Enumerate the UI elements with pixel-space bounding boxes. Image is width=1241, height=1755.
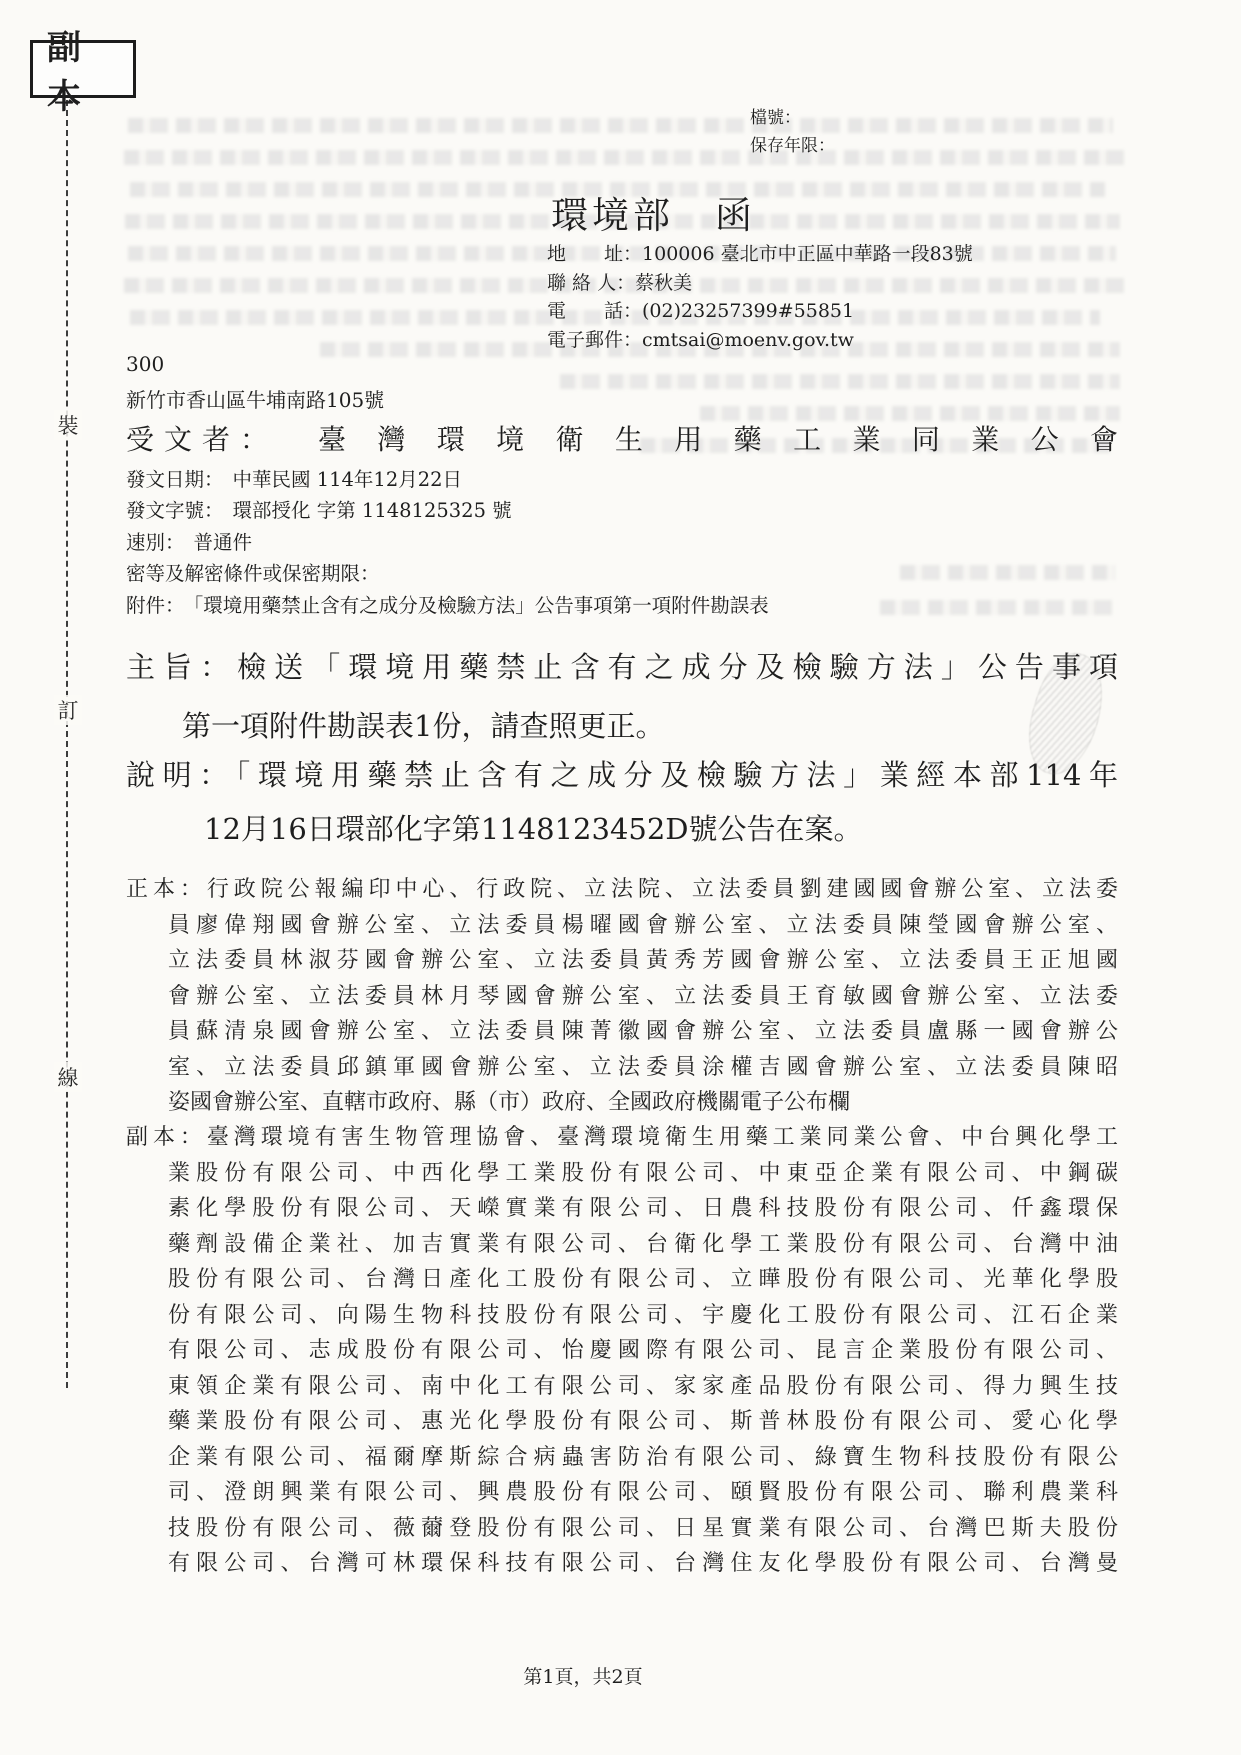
issue-date-label: 發文日期：	[126, 468, 224, 491]
phone-row: 電 話：(02)23257399#55851	[547, 297, 973, 326]
issue-date-value: 中華民國 114年12月22日	[233, 468, 463, 491]
carbon-copy-line: 藥劑設備企業社、加吉實業有限公司、台衛化學工業股份有限公司、台灣中油	[168, 1227, 1118, 1263]
original-copy-line: 正本：行政院公報編印中心、行政院、立法院、立法委員劉建國國會辦公室、立法委	[126, 872, 1118, 908]
email-value: cmtsai@moenv.gov.tw	[642, 329, 854, 351]
recipient-label: 受文者：	[126, 423, 318, 457]
bleed-through-row	[128, 118, 1113, 133]
carbon-copy-line: 司、澄朗興業有限公司、興農股份有限公司、頤賢股份有限公司、聯利農業科	[168, 1475, 1118, 1511]
subject-block: 主旨：檢送「環境用藥禁止含有之成分及檢驗方法」公告事項 第一項附件勘誤表1份，請…	[126, 648, 1118, 745]
carbon-copy-line: 東領企業有限公司、南中化工有限公司、家家產品股份有限公司、得力興生技	[168, 1369, 1118, 1405]
file-number-label: 檔號：	[750, 104, 835, 132]
document-title: 環境部 函	[551, 185, 756, 239]
recipient-address: 新竹市香山區牛埔南路105號	[126, 384, 384, 413]
sender-contact-block: 地 址：100006 臺北市中正區中華路一段83號 聯 絡 人：蔡秋美 電 話：…	[547, 240, 973, 354]
original-copy-line: 員廖偉翔國會辦公室、立法委員楊曜國會辦公室、立法委員陳瑩國會辦公室、	[168, 908, 1118, 944]
original-copy-text: 行政院公報編印中心、行政院、立法院、立法委員劉建國國會辦公室、立法委	[207, 877, 1118, 902]
bleed-through-row	[900, 565, 1115, 580]
attachment-label: 附件：	[126, 594, 185, 617]
carbon-copy-line: 有限公司、志成股份有限公司、怡慶國際有限公司、昆言企業股份有限公司、	[168, 1333, 1118, 1369]
security-label: 密等及解密條件或保密期限：	[126, 562, 380, 585]
carbon-copy-line: 有限公司、台灣可林環保科技有限公司、台灣住友化學股份有限公司、台灣曼	[168, 1546, 1118, 1582]
attachment-row: 附件：「環境用藥禁止含有之成分及檢驗方法」公告事項第一項附件勘誤表	[126, 590, 769, 621]
bleed-through-row	[700, 406, 1120, 421]
binding-mark-ding: 訂	[54, 695, 82, 725]
phone-value: (02)23257399#55851	[642, 300, 854, 322]
carbon-copy-line: 素化學股份有限公司、天嶸實業有限公司、日農科技股份有限公司、仟鑫環保	[168, 1191, 1118, 1227]
email-label: 電子郵件：	[547, 329, 642, 351]
doc-number-label: 發文字號：	[126, 499, 224, 522]
original-copy-line: 員蘇清泉國會辦公室、立法委員陳菁徽國會辦公室、立法委員盧縣一國會辦公	[168, 1014, 1118, 1050]
carbon-copy-text: 臺灣環境有害生物管理協會、臺灣環境衛生用藥工業同業公會、中台興化學工	[207, 1125, 1118, 1150]
contact-person-label: 聯 絡 人：	[547, 272, 635, 294]
original-copy-line: 姿國會辦公室、直轄市政府、縣（市）政府、全國政府機關電子公布欄	[168, 1085, 1118, 1121]
priority-label: 速別：	[126, 531, 185, 554]
subject-line-1: 主旨：檢送「環境用藥禁止含有之成分及檢驗方法」公告事項	[126, 648, 1118, 686]
priority-row: 速別：普通件	[126, 527, 769, 558]
binding-mark-zhuang: 裝	[54, 410, 82, 440]
carbon-copy-line: 藥業股份有限公司、惠光化學股份有限公司、斯普林股份有限公司、愛心化學	[168, 1404, 1118, 1440]
bleed-through-row	[560, 374, 1120, 389]
meta-block: 發文日期：中華民國 114年12月22日 發文字號：環部授化 字第 114812…	[126, 464, 769, 621]
attachment-value: 「環境用藥禁止含有之成分及檢驗方法」公告事項第一項附件勘誤表	[194, 594, 769, 617]
description-block: 說明：「環境用藥禁止含有之成分及檢驗方法」業經本部114年 12月16日環部化字…	[126, 756, 1118, 848]
recipient-name: 臺灣環境衛生用藥工業同業公會	[318, 423, 1118, 457]
original-copy-line: 室、立法委員邱鎮軍國會辦公室、立法委員涂權吉國會辦公室、立法委員陳昭	[168, 1050, 1118, 1086]
recipient-zip: 300	[126, 352, 164, 376]
address-row: 地 址：100006 臺北市中正區中華路一段83號	[547, 240, 973, 269]
address-label: 地 址：	[547, 243, 642, 265]
bleed-through-row	[124, 150, 1124, 165]
subject-text: 檢送「環境用藥禁止含有之成分及檢驗方法」公告事項	[237, 650, 1118, 684]
carbon-copy-line: 股份有限公司、台灣日產化工股份有限公司、立曄股份有限公司、光華化學股	[168, 1262, 1118, 1298]
description-text: 「環境用藥禁止含有之成分及檢驗方法」業經本部114年	[236, 758, 1118, 792]
carbon-copy-line: 企業有限公司、福爾摩斯綜合病蟲害防治有限公司、綠寶生物科技股份有限公	[168, 1440, 1118, 1476]
description-line-1: 說明：「環境用藥禁止含有之成分及檢驗方法」業經本部114年	[126, 756, 1118, 794]
description-line-2: 12月16日環部化字第1148123452D號公告在案。	[126, 810, 1118, 848]
subject-label: 主旨：	[126, 650, 237, 684]
recipient-row: 受文者： 臺灣環境衛生用藥工業同業公會	[126, 423, 1118, 457]
contact-person-value: 蔡秋美	[635, 272, 692, 294]
carbon-copy-list: 副本：臺灣環境有害生物管理協會、臺灣環境衛生用藥工業同業公會、中台興化學工 業股…	[126, 1120, 1118, 1582]
subject-line-2: 第一項附件勘誤表1份，請查照更正。	[126, 707, 1118, 745]
page-number: 第1頁，共2頁	[0, 1662, 1166, 1689]
address-value: 100006 臺北市中正區中華路一段83號	[642, 243, 973, 265]
original-copy-line: 會辦公室、立法委員林月琴國會辦公室、立法委員王育敏國會辦公室、立法委	[168, 979, 1118, 1015]
issue-date-row: 發文日期：中華民國 114年12月22日	[126, 464, 769, 495]
copy-stamp: 副本	[30, 40, 136, 98]
contact-person-row: 聯 絡 人：蔡秋美	[547, 269, 973, 298]
original-copy-label: 正本：	[126, 877, 207, 902]
bleed-through-row	[880, 600, 1115, 615]
description-label: 說明：	[126, 758, 236, 792]
archive-block: 檔號： 保存年限：	[750, 104, 835, 160]
retention-label: 保存年限：	[750, 132, 835, 160]
binding-mark-xian: 線	[54, 1062, 82, 1092]
carbon-copy-line: 份有限公司、向陽生物科技股份有限公司、宇慶化工股份有限公司、江石企業	[168, 1298, 1118, 1334]
binding-dashed-line	[66, 100, 68, 1388]
priority-value: 普通件	[194, 531, 253, 554]
email-row: 電子郵件：cmtsai@moenv.gov.tw	[547, 326, 973, 355]
original-copy-list: 正本：行政院公報編印中心、行政院、立法院、立法委員劉建國國會辦公室、立法委 員廖…	[126, 872, 1118, 1121]
carbon-copy-label: 副本：	[126, 1125, 207, 1150]
carbon-copy-line: 技股份有限公司、薇薾登股份有限公司、日星實業有限公司、台灣巴斯夫股份	[168, 1511, 1118, 1547]
doc-number-value: 環部授化 字第 1148125325 號	[233, 499, 512, 522]
original-copy-line: 立法委員林淑芬國會辦公室、立法委員黃秀芳國會辦公室、立法委員王正旭國	[168, 943, 1118, 979]
phone-label: 電 話：	[547, 300, 642, 322]
scanned-official-letter: { "doc": { "copy_stamp": "副本", "archive"…	[0, 0, 1241, 1755]
security-row: 密等及解密條件或保密期限：	[126, 558, 769, 589]
doc-number-row: 發文字號：環部授化 字第 1148125325 號	[126, 495, 769, 526]
carbon-copy-line: 業股份有限公司、中西化學工業股份有限公司、中東亞企業有限公司、中鋼碳	[168, 1156, 1118, 1192]
carbon-copy-line: 副本：臺灣環境有害生物管理協會、臺灣環境衛生用藥工業同業公會、中台興化學工	[126, 1120, 1118, 1156]
